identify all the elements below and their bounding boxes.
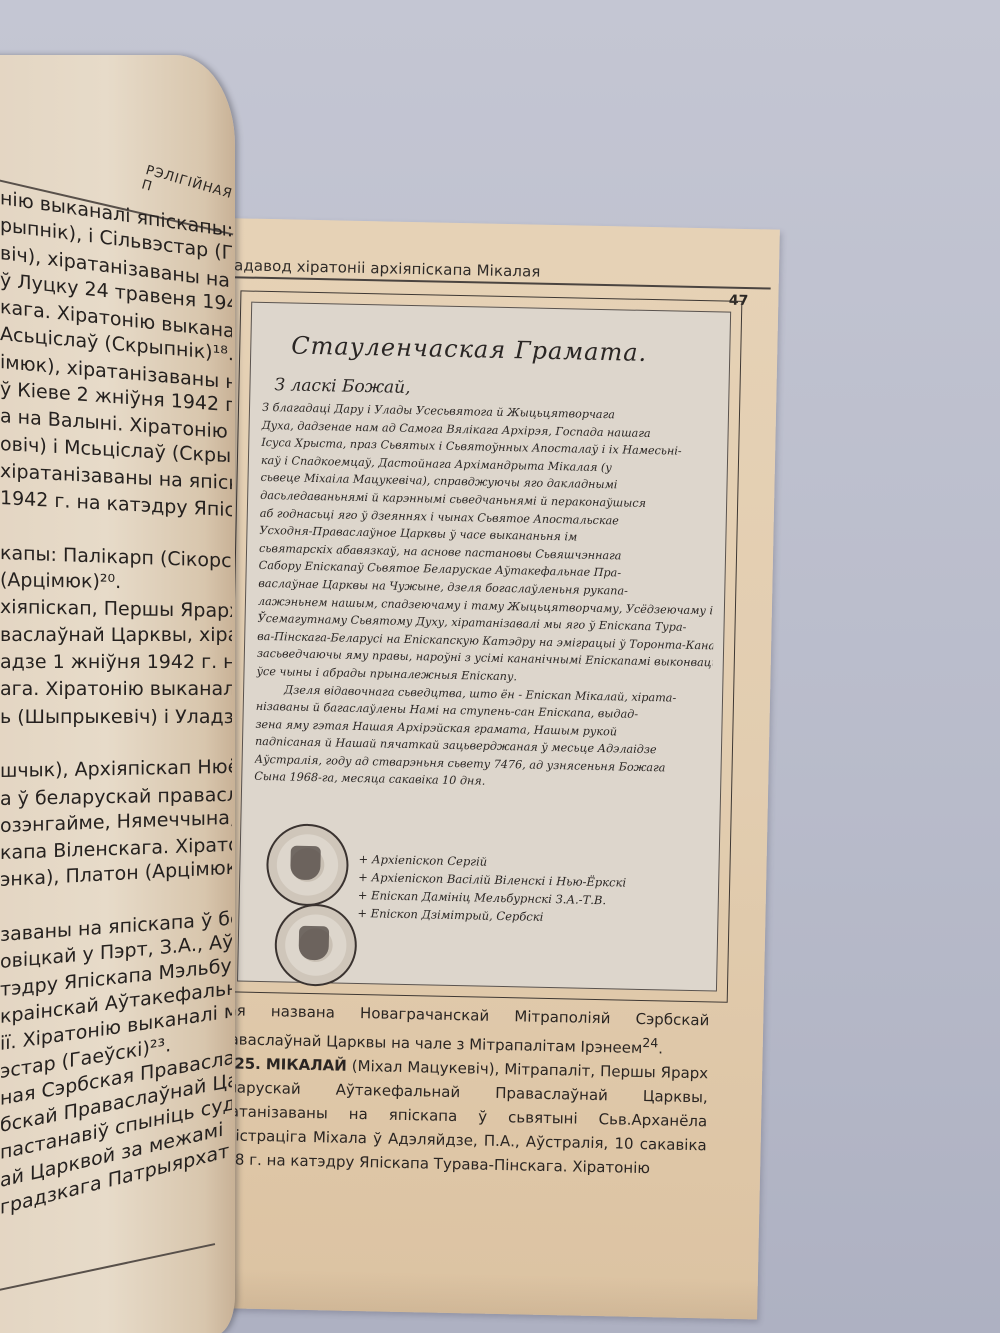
- facsimile-text: З благадаці Дару і Улады Усесьвятога й Ж…: [254, 399, 718, 796]
- body-text: якая названа Новаграчанскай Мітраполіяй …: [206, 998, 710, 1181]
- text-line: адзе 1 жніўня 1942 г. н: [0, 649, 232, 676]
- footnote-ref: 24: [642, 1035, 658, 1050]
- entry-number: 25.: [234, 1054, 261, 1073]
- footer-rule: [0, 1243, 215, 1294]
- church-seal-icon: [274, 903, 358, 987]
- signatures: + Архіепіскоп Сергій + Архіепіскоп Васіл…: [357, 850, 626, 928]
- seal-stamp-icon: [266, 823, 350, 907]
- facsimile-title: Стауленчаская Грамата.: [291, 331, 647, 366]
- left-page: РЭЛІГІЙНАЯ П нію выканалі япіскапы: Нік …: [0, 55, 235, 1333]
- facsimile-salutation: З ласкі Божай,: [274, 375, 410, 398]
- right-page: Радавод хіратоніі архіяпіскапа Мікалая 4…: [199, 218, 780, 1319]
- text-line: васлаўнай Царквы, хіратані: [0, 622, 232, 649]
- entry-text: (Міхал Мацукевіч), Мітрапаліт, Першы Яра…: [206, 1057, 708, 1177]
- text-line: хіяпіскап, Першы Ярарх Бе: [0, 594, 232, 625]
- left-page-text: нію выканалі япіскапы: Нік рыпнік), і Сі…: [0, 185, 232, 1222]
- facsimile-document: Стауленчаская Грамата. З ласкі Божай, З …: [237, 302, 731, 992]
- entry-name: МІКАЛАЙ: [266, 1055, 347, 1075]
- facsimile-frame: Стауленчаская Грамата. З ласкі Божай, З …: [226, 290, 743, 1002]
- text-line: ага. Хіратонію выканалі м: [0, 676, 232, 703]
- text-line: ь (Шыпрыкевіч) і Уладзімі: [0, 704, 232, 731]
- text-line: шчык), Архіяпіскап Нюёрк: [0, 754, 232, 785]
- entry-paragraph: 25. МІКАЛАЙ (Міхал Мацукевіч), Мітрапалі…: [206, 1051, 708, 1181]
